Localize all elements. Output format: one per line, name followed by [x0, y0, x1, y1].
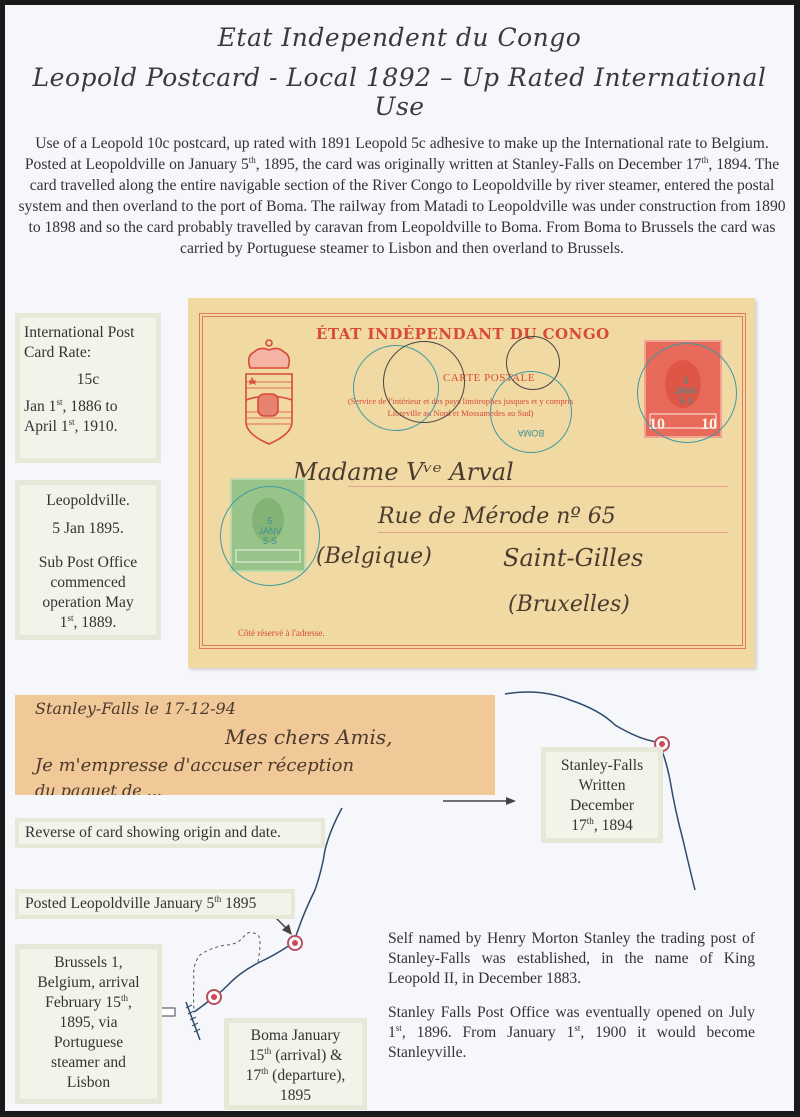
stanley-history-p2: Stanley Falls Post Office was eventually… [388, 1003, 755, 1063]
reverse-caption: Reverse of card showing origin and date. [15, 818, 325, 848]
reverse-excerpt-image: Stanley-Falls le 17-12-94 Mes chers Amis… [15, 695, 495, 795]
reverse-line-1: Stanley-Falls le 17-12-94 [35, 699, 236, 718]
marker-leopoldville [288, 936, 302, 950]
stanley-history-p1: Self named by Henry Morton Stanley the t… [388, 929, 755, 989]
posted-caption: Posted Leopoldville January 5th 1895 [15, 889, 295, 919]
boma-caption: Boma January 15th (arrival) & 17th (depa… [224, 1018, 367, 1110]
stanley-falls-caption: Stanley-Falls Written December 17th, 189… [541, 747, 663, 843]
marker-boma [207, 990, 221, 1004]
reverse-line-4: du paquet de ... [35, 781, 162, 795]
reverse-line-3: Je m'empresse d'accuser réception [35, 755, 354, 776]
brussels-caption: Brussels 1, Belgium, arrival February 15… [15, 944, 162, 1104]
reverse-line-2: Mes chers Amis, [225, 725, 392, 749]
exhibit-page: Etat Independent du Congo Leopold Postca… [5, 5, 794, 1111]
stanley-history: Self named by Henry Morton Stanley the t… [388, 929, 755, 1077]
